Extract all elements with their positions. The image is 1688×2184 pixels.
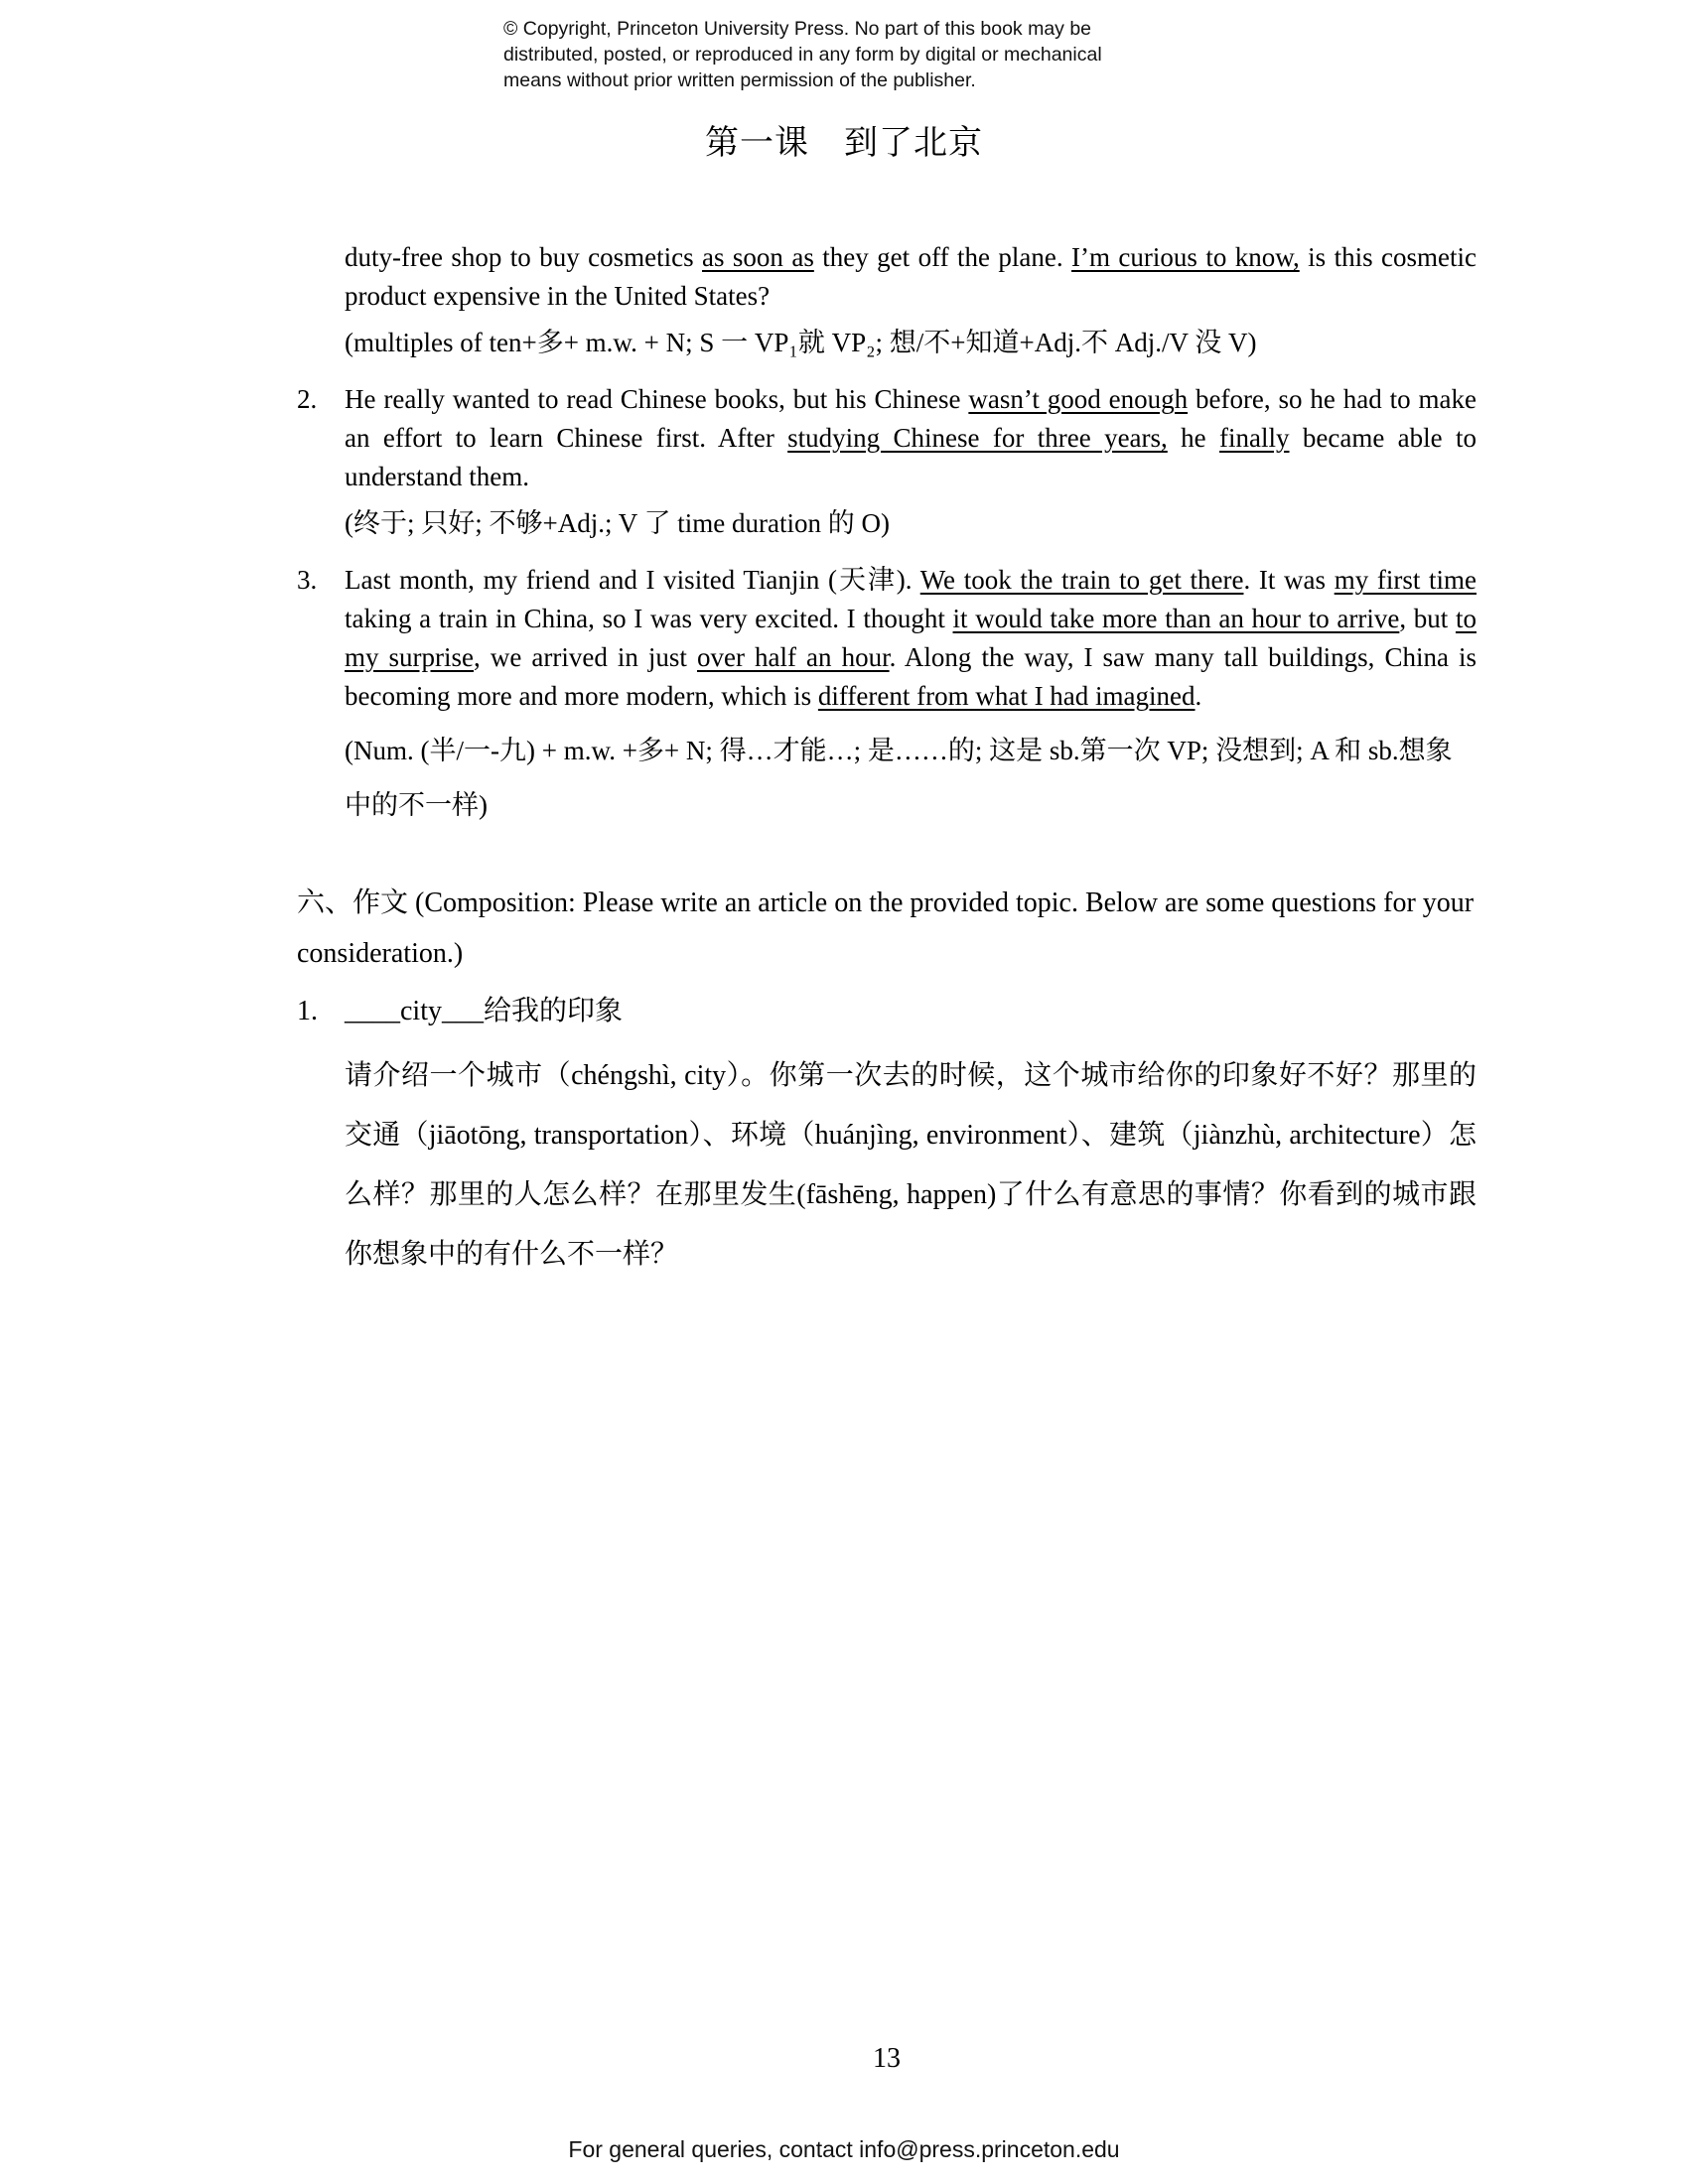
composition-item-1-title: ____city___给我的印象 [345,987,623,1036]
copyright-notice: © Copyright, Princeton University Press.… [503,16,1198,93]
main-text-column: duty-free shop to buy cosmetics as soon … [297,238,1477,1285]
composition-item-1: 1. ____city___给我的印象 [297,987,1477,1036]
grammar-note-1: (multiples of ten+多+ m.w. + N; S 一 VP₁就 … [345,324,1477,362]
composition-section-heading: 六、作文 (Composition: Please write an artic… [297,878,1477,979]
lesson-title: 第一课 到了北京 [0,115,1688,164]
item-2-number: 2. [297,380,345,496]
exercise-item-1-continuation: duty-free shop to buy cosmetics as soon … [345,238,1477,316]
item-3-number: 3. [297,561,345,716]
page-number: 13 [297,2043,1477,2075]
document-page: © Copyright, Princeton University Press.… [0,0,1688,2184]
item-3-text: Last month, my friend and I visited Tian… [345,561,1477,716]
footer-contact: For general queries, contact info@press.… [0,2136,1688,2163]
composition-item-1-number: 1. [297,987,345,1036]
exercise-item-3: 3. Last month, my friend and I visited T… [297,561,1477,716]
copyright-line-2: distributed, posted, or reproduced in an… [503,42,1198,68]
exercise-item-2: 2. He really wanted to read Chinese book… [297,380,1477,496]
copyright-line-1: © Copyright, Princeton University Press.… [503,16,1198,42]
copyright-line-3: means without prior written permission o… [503,68,1198,93]
composition-prompt: 请介绍一个城市（chéngshì, city）。你第一次去的时候，这个城市给你的… [345,1046,1477,1285]
grammar-note-3: (Num. (半/一-九) + m.w. +多+ N; 得…才能…; 是……的;… [345,724,1477,833]
item-2-text: He really wanted to read Chinese books, … [345,380,1477,496]
grammar-note-2: (终于; 只好; 不够+Adj.; V 了 time duration 的 O) [345,504,1477,543]
